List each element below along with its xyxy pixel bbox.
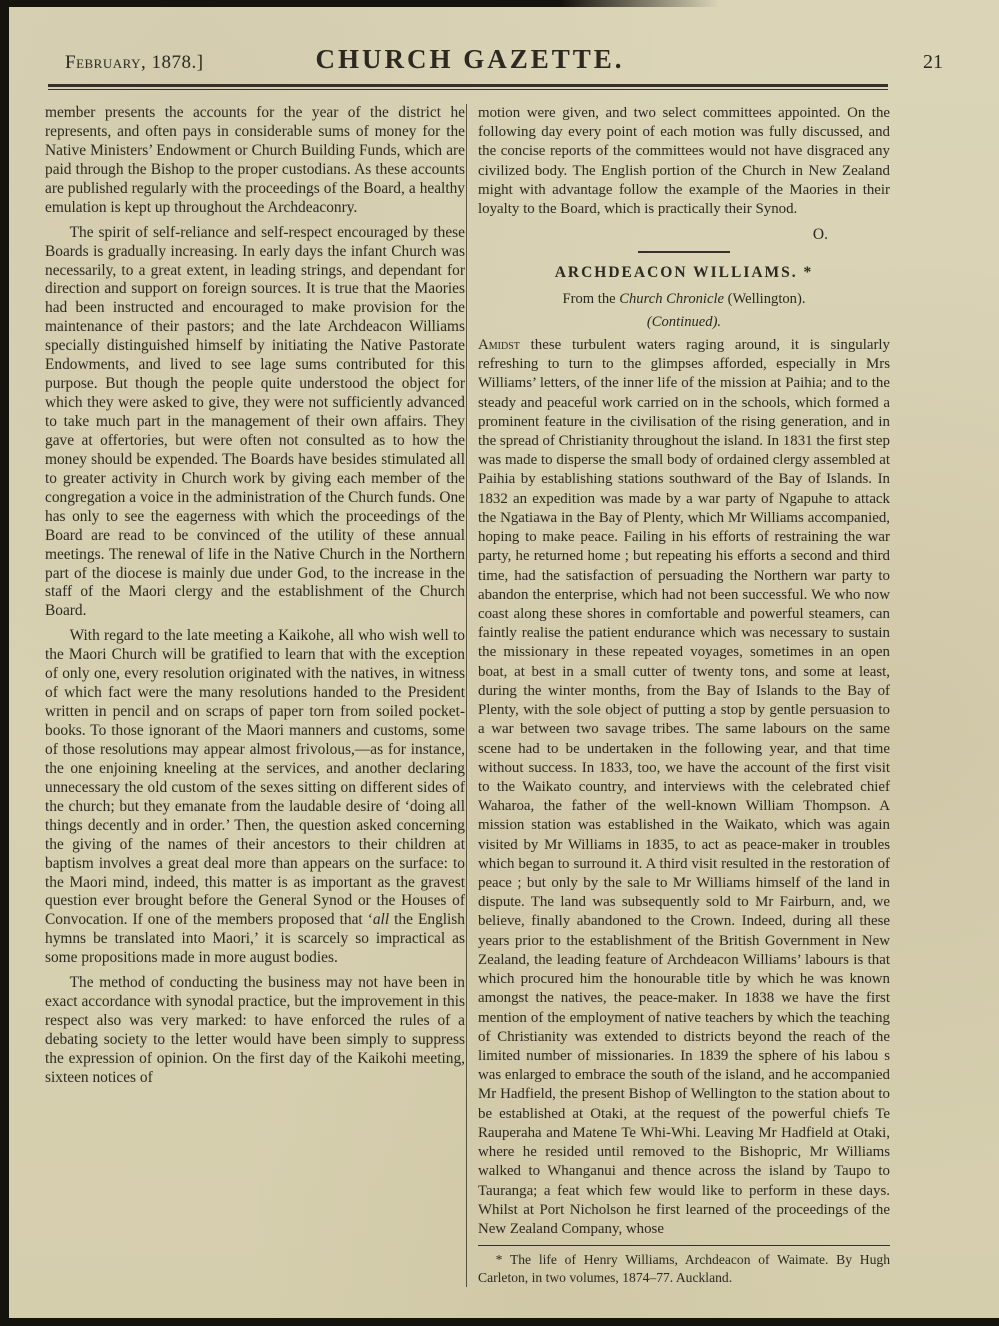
text-run: * The life of Henry Williams, Archdeacon…: [478, 1252, 890, 1285]
page-number: 21: [663, 51, 951, 74]
text-run: Church Chronicle: [619, 291, 724, 307]
article-subtitle: From the Church Chronicle (Wellington).: [478, 290, 890, 309]
text-run: The spirit of self-reliance and self-res…: [45, 224, 465, 620]
article-subtitle: (Continued).: [478, 313, 890, 332]
masthead: February, 1878.] CHURCH GAZETTE. 21: [9, 0, 999, 75]
text-run: all: [373, 911, 389, 928]
left-column: member presents the accounts for the yea…: [45, 104, 465, 1287]
right-column: motion were given, and two select commit…: [478, 104, 890, 1287]
text-run: these turbulent waters raging around, it…: [478, 337, 890, 1237]
paragraph: member presents the accounts for the yea…: [45, 104, 465, 218]
paragraph: With regard to the late meeting a Kaikoh…: [45, 627, 465, 968]
scanned-page: February, 1878.] CHURCH GAZETTE. 21 memb…: [0, 0, 999, 1326]
paragraph: The spirit of self-reliance and self-res…: [45, 224, 465, 622]
text-run: (Wellington).: [724, 291, 806, 307]
text-run: A: [478, 337, 489, 353]
section-rule: [638, 251, 730, 253]
text-run: From the: [563, 291, 620, 307]
text-run: member presents the accounts for the yea…: [45, 104, 465, 216]
paper: February, 1878.] CHURCH GAZETTE. 21 memb…: [9, 0, 999, 1318]
footnote: * The life of Henry Williams, Archdeacon…: [478, 1251, 890, 1286]
text-run: The method of conducting the business ma…: [45, 974, 465, 1086]
paragraph: motion were given, and two select commit…: [478, 104, 890, 219]
paragraph: The method of conducting the business ma…: [45, 974, 465, 1088]
publication-title: CHURCH GAZETTE.: [315, 44, 624, 75]
text-run: midst: [489, 337, 520, 353]
scan-top-edge: [0, 0, 719, 7]
text-run: With regard to the late meeting a Kaikoh…: [45, 627, 465, 928]
column-divider-rule: [466, 104, 467, 1287]
text-columns: member presents the accounts for the yea…: [9, 90, 999, 1287]
paragraph: Amidst these turbulent waters raging aro…: [478, 336, 890, 1239]
text-run: (Continued).: [647, 314, 721, 330]
text-run: motion were given, and two select commit…: [478, 105, 890, 217]
issue-date: February, 1878.]: [65, 52, 353, 74]
signature-initial: O.: [478, 225, 890, 245]
article-title: ARCHDEACON WILLIAMS. *: [478, 263, 890, 283]
footnote-rule: [478, 1245, 890, 1246]
